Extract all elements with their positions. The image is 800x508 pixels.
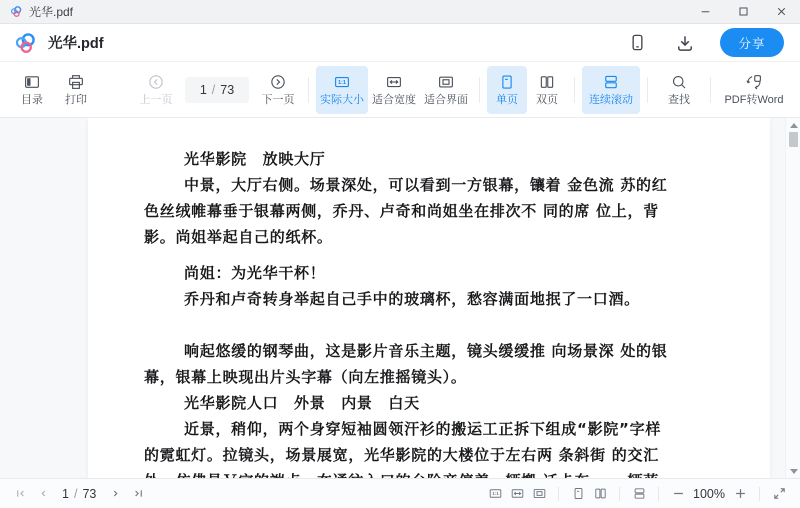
- status-double-page-button[interactable]: [589, 483, 611, 505]
- first-page-button[interactable]: [10, 483, 32, 505]
- status-fit-width-button[interactable]: [506, 483, 528, 505]
- share-button[interactable]: 分享: [720, 28, 784, 57]
- status-continuous-scroll-button[interactable]: [628, 483, 650, 505]
- triangle-down-icon: [790, 469, 798, 474]
- scene-heading: 光华影院 放映大厅: [144, 146, 710, 172]
- text-line: 尚姐：为光华干杯！: [144, 260, 710, 286]
- pdf-page: 光华影院 放映大厅 中景，大厅右侧。场景深处，可以看到一方银幕，镶着 金色流 苏…: [88, 118, 770, 478]
- toolbar-separator: [647, 77, 648, 103]
- app-logo-icon: [14, 31, 38, 55]
- fit-width-button[interactable]: 适合宽度: [368, 66, 420, 114]
- document-area: 光华影院 放映大厅 中景，大厅右侧。场景深处，可以看到一方银幕，镶着 金色流 苏…: [0, 118, 800, 478]
- status-single-page-button[interactable]: [567, 483, 589, 505]
- toolbar-separator: [574, 77, 575, 103]
- text-line: 响起悠缓的钢琴曲，这是影片音乐主题，镜头缓缓推 向场景深 处的银: [144, 338, 710, 364]
- fit-page-label: 适合界面: [424, 95, 468, 106]
- text-line: 色丝绒帷幕垂于银幕两侧，乔丹、卢奇和尚姐坐在排次不 同的席 位上，背: [144, 198, 710, 224]
- print-label: 打印: [65, 95, 87, 106]
- next-page-label: 下一页: [262, 95, 295, 106]
- header: 光华.pdf 分享: [0, 24, 800, 62]
- zoom-out-button[interactable]: [667, 483, 689, 505]
- text-line: 的霓虹灯。拉镜头，场景展宽，光华影院的大楼位于左右两 条斜街 的交汇: [144, 442, 710, 468]
- toc-label: 目录: [21, 95, 43, 106]
- statusbar-separator: [759, 487, 760, 501]
- continuous-scroll-icon: [602, 73, 620, 91]
- app-logo-icon: [10, 5, 23, 18]
- toc-button[interactable]: 目录: [10, 66, 54, 114]
- minimize-button[interactable]: [686, 0, 724, 24]
- maximize-icon: [737, 5, 750, 18]
- current-page: 1: [200, 83, 207, 97]
- status-actual-size-button[interactable]: 1:1: [484, 483, 506, 505]
- send-to-mobile-button[interactable]: [624, 30, 650, 56]
- svg-text:1:1: 1:1: [338, 80, 346, 86]
- maximize-button[interactable]: [724, 0, 762, 24]
- fit-page-icon: [532, 486, 547, 501]
- scene-heading: 光华影院人口 外景 内景 白天: [144, 390, 710, 416]
- triangle-up-icon: [790, 123, 798, 128]
- toolbar-separator: [308, 77, 309, 103]
- search-icon: [670, 73, 688, 91]
- statusbar-separator: [658, 487, 659, 501]
- last-page-icon: [130, 486, 145, 501]
- prev-page-label: 上一页: [140, 95, 173, 106]
- text-line: 影。尚姐举起自己的纸杯。: [144, 224, 710, 250]
- document-tab[interactable]: 光华.pdf: [0, 0, 85, 23]
- text-line: 中景，大厅右侧。场景深处，可以看到一方银幕，镶着 金色流 苏的红: [144, 172, 710, 198]
- fit-page-icon: [437, 73, 455, 91]
- double-page-icon: [538, 73, 556, 91]
- single-page-icon: [571, 486, 586, 501]
- svg-text:1:1: 1:1: [492, 491, 499, 496]
- first-page-icon: [14, 486, 29, 501]
- print-button[interactable]: 打印: [54, 66, 98, 114]
- double-page-button[interactable]: 双页: [527, 66, 567, 114]
- single-page-label: 单页: [496, 95, 518, 106]
- download-button[interactable]: [672, 30, 698, 56]
- status-next-page-button[interactable]: [104, 483, 126, 505]
- single-page-button[interactable]: 单页: [487, 66, 527, 114]
- scroll-down-button[interactable]: [786, 465, 800, 477]
- pdf-viewer-window: 光华.pdf 光华.pdf 分享: [0, 0, 800, 508]
- scroll-up-button[interactable]: [786, 119, 800, 131]
- convert-icon: [745, 73, 763, 91]
- pdf-to-word-label: PDF转Word: [724, 95, 783, 106]
- status-page-indicator[interactable]: 1 / 73: [62, 487, 96, 501]
- actual-size-icon: 1:1: [333, 73, 351, 91]
- close-button[interactable]: [762, 0, 800, 24]
- document-title: 光华.pdf: [48, 32, 104, 53]
- text-line: 处，仿佛是Ｖ字的端点。在通往入口的台阶旁停着一辆搬 迁卡车。 一辆蓝: [144, 468, 710, 478]
- toolbar-separator: [710, 77, 711, 103]
- double-page-icon: [593, 486, 608, 501]
- fit-page-button[interactable]: 适合界面: [420, 66, 472, 114]
- actual-size-label: 实际大小: [320, 95, 364, 106]
- actual-size-icon: 1:1: [488, 486, 503, 501]
- text-line: 幕，银幕上映现出片头字幕（向左推摇镜头）。: [144, 364, 710, 390]
- last-page-button[interactable]: [126, 483, 148, 505]
- fit-width-label: 适合宽度: [372, 95, 416, 106]
- page-separator: /: [212, 83, 215, 97]
- fullscreen-button[interactable]: [768, 483, 790, 505]
- fit-width-icon: [510, 486, 525, 501]
- minus-icon: [671, 486, 686, 501]
- prev-page-icon: [147, 73, 165, 91]
- statusbar-separator: [558, 487, 559, 501]
- chevron-left-icon: [36, 486, 51, 501]
- zoom-in-button[interactable]: [729, 483, 751, 505]
- print-icon: [67, 73, 85, 91]
- statusbar-separator: [619, 487, 620, 501]
- status-current-page: 1: [62, 487, 69, 501]
- text-line: 乔丹和卢奇转身举起自己手中的玻璃杯，愁容满面地抿了一口酒。: [144, 286, 710, 312]
- toolbar-separator: [479, 77, 480, 103]
- toolbar: 目录 打印 上一页 1 / 73 下一页: [0, 62, 800, 118]
- titlebar: 光华.pdf: [0, 0, 800, 24]
- statusbar: 1 / 73 1:1: [0, 478, 800, 508]
- next-page-icon: [269, 73, 287, 91]
- plus-icon: [733, 486, 748, 501]
- fullscreen-icon: [772, 486, 787, 501]
- double-page-label: 双页: [536, 95, 558, 106]
- minimize-icon: [699, 5, 712, 18]
- total-pages: 73: [220, 83, 234, 97]
- pdf-to-word-button[interactable]: PDF转Word: [718, 66, 790, 114]
- download-icon: [675, 33, 695, 53]
- vertical-scrollbar[interactable]: [785, 118, 800, 478]
- page-text: 光华影院 放映大厅 中景，大厅右侧。场景深处，可以看到一方银幕，镶着 金色流 苏…: [88, 118, 770, 478]
- prev-page-button[interactable]: 上一页: [133, 66, 179, 114]
- scrollbar-thumb[interactable]: [789, 132, 798, 147]
- tab-title: 光华.pdf: [29, 3, 73, 20]
- find-label: 查找: [668, 95, 690, 106]
- status-prev-page-button[interactable]: [32, 483, 54, 505]
- close-icon: [775, 5, 788, 18]
- chevron-right-icon: [108, 486, 123, 501]
- status-fit-page-button[interactable]: [528, 483, 550, 505]
- continuous-scroll-button[interactable]: 连续滚动: [582, 66, 640, 114]
- status-total-pages: 73: [82, 487, 96, 501]
- continuous-scroll-label: 连续滚动: [589, 95, 633, 106]
- status-page-separator: /: [74, 487, 77, 501]
- page-number-input[interactable]: 1 / 73: [185, 77, 249, 103]
- fit-width-icon: [385, 73, 403, 91]
- phone-icon: [628, 33, 647, 52]
- actual-size-button[interactable]: 1:1 实际大小: [316, 66, 368, 114]
- find-button[interactable]: 查找: [659, 66, 699, 114]
- zoom-level[interactable]: 100%: [689, 487, 729, 501]
- text-line: 近景，稍仰，两个身穿短袖圆领汗衫的搬运工正拆下组成“影院”字样: [144, 416, 710, 442]
- toc-sidebar-icon: [23, 73, 41, 91]
- single-page-icon: [498, 73, 516, 91]
- next-page-button[interactable]: 下一页: [255, 66, 301, 114]
- continuous-scroll-icon: [632, 486, 647, 501]
